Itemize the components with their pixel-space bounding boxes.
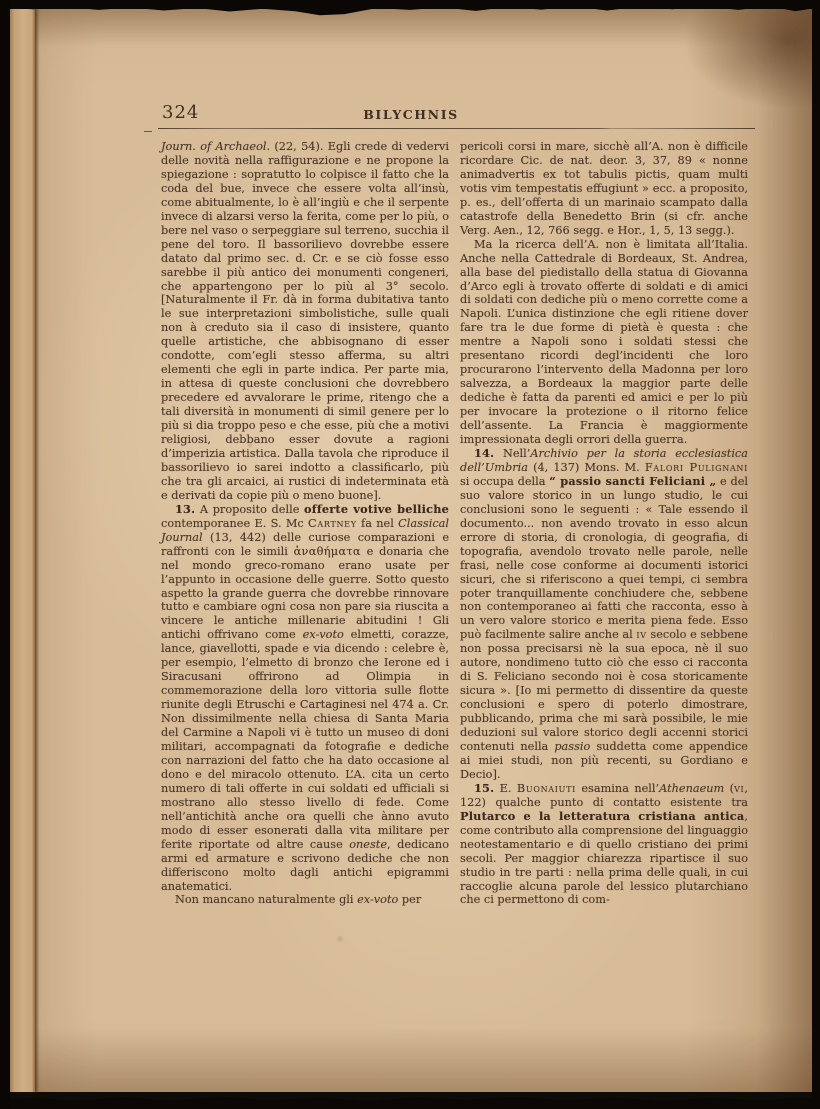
text-run: ex-voto (303, 628, 344, 641)
journal-title: BILYCHNIS (363, 107, 459, 122)
text-run: Non mancano naturalmente gli (175, 893, 357, 906)
text-run: ex-voto (357, 893, 398, 906)
paragraph: 13. A proposito delle offerte votive bel… (161, 503, 449, 894)
paragraph: 14. Nell’Archivio per la storia ecclesia… (460, 447, 748, 782)
text-run: passio (554, 740, 590, 753)
text-run: pericoli corsi in mare, sicchè all’A. no… (460, 140, 748, 237)
text-run: Athenaeum (659, 782, 724, 795)
torn-page-remnant (10, 9, 35, 1092)
paragraph: Non mancano naturalmente gli ex-voto per (161, 893, 449, 907)
scan-edge-left (0, 0, 10, 1109)
text-run: contemporanee E. S. Mc (161, 517, 308, 530)
torn-edge-bottom (0, 1090, 820, 1109)
text-run: si occupa della (460, 475, 549, 488)
header-rule (158, 128, 755, 129)
text-run: Cartney (308, 517, 357, 530)
text-run: e donaria che nel mondo greco-romano era… (161, 545, 449, 642)
paragraph: Ma la ricerca dell’A. non è limitata all… (460, 238, 748, 447)
text-run: Falori Pulignani (645, 461, 748, 474)
paragraph: pericoli corsi in mare, sicchè all’A. no… (460, 140, 748, 238)
paragraph: 15. E. Buonaiuti esamina nell’Athenaeum … (460, 782, 748, 908)
text-run: 13. (175, 502, 195, 516)
text-run: 14. (474, 446, 494, 460)
scanned-journal-page: { "header": { "page_number": "324", "jou… (0, 0, 820, 1109)
text-run: e del suo valore storico in un lungo stu… (460, 475, 748, 641)
book-page: 324 BILYCHNIS Journ. of Archaeol. (22, 5… (10, 9, 813, 1092)
text-run: “ passio sancti Feliciani „ (549, 474, 716, 488)
text-run: fa nel (357, 517, 398, 530)
text-run: Journ. of Archaeol. (161, 140, 270, 153)
text-run: oneste (349, 838, 387, 851)
text-column-right: pericoli corsi in mare, sicchè all’A. no… (460, 140, 748, 907)
text-run: esamina nell’ (576, 782, 659, 795)
paragraph: Journ. of Archaeol. (22, 54). Egli crede… (161, 140, 449, 503)
text-run: E. (494, 782, 517, 795)
text-run: ( (724, 782, 734, 795)
text-run: Nell’ (494, 447, 530, 460)
text-run: Buonaiuti (517, 782, 576, 795)
page-number: 324 (162, 102, 199, 123)
text-run: (4, 137) Mons. M. (528, 461, 645, 474)
text-run: (22, 54). Egli crede di vedervi delle no… (161, 140, 449, 502)
text-run: per (398, 893, 421, 906)
text-run: vi (734, 782, 744, 795)
text-run: , come contributo alla comprensione del … (460, 810, 748, 907)
text-run: ἀναθήματα (294, 545, 361, 558)
text-run: iv (636, 628, 646, 641)
binding-crease (35, 9, 39, 1092)
text-run: elmetti, corazze, lance, giavellotti, sp… (161, 628, 449, 850)
text-run: Plutarco e la letteratura cristiana anti… (460, 809, 744, 823)
text-run: A proposito delle (195, 503, 304, 516)
text-run: offerte votive belliche (304, 502, 449, 516)
text-run: Ma la ricerca dell’A. non è limitata all… (460, 238, 748, 446)
scan-edge-right (812, 0, 820, 1109)
text-column-left: Journ. of Archaeol. (22, 54). Egli crede… (161, 140, 449, 907)
text-run: secolo e sebbene non possa precisarsi nè… (460, 628, 748, 753)
text-run: 15. (474, 781, 494, 795)
two-column-text-block: Journ. of Archaeol. (22, 54). Egli crede… (161, 140, 749, 907)
